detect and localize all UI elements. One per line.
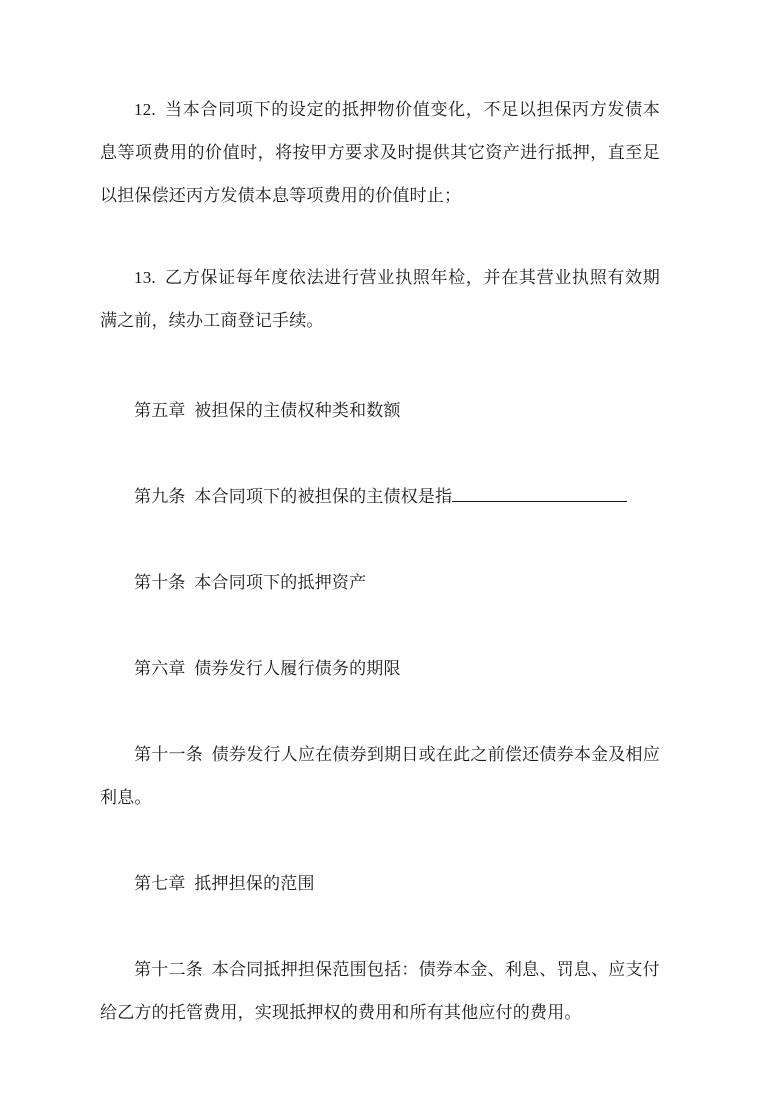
clause-item-12: 12. 当本合同项下的设定的抵押物价值变化，不足以担保丙方发债本息等项费用的价值… (100, 88, 660, 217)
chapter-7-heading: 第七章 抵押担保的范围 (100, 862, 660, 905)
chapter-6-heading: 第六章 债券发行人履行债务的期限 (100, 647, 660, 690)
clause-9: 第九条 本合同项下的被担保的主债权是指 (100, 475, 660, 518)
clause-10: 第十条 本合同项下的抵押资产 (100, 561, 660, 604)
clause-item-13: 13. 乙方保证每年度依法进行营业执照年检，并在其营业执照有效期满之前，续办工商… (100, 256, 660, 342)
contract-document: 12. 当本合同项下的设定的抵押物价值变化，不足以担保丙方发债本息等项费用的价值… (100, 88, 660, 1034)
fill-in-blank-line (452, 486, 627, 502)
chapter-5-heading: 第五章 被担保的主债权种类和数额 (100, 389, 660, 432)
clause-11: 第十一条 债券发行人应在债券到期日或在此之前偿还债券本金及相应利息。 (100, 733, 660, 819)
contract-page: 12. 当本合同项下的设定的抵押物价值变化，不足以担保丙方发债本息等项费用的价值… (0, 0, 774, 1095)
clause-12: 第十二条 本合同抵押担保范围包括：债券本金、利息、罚息、应支付给乙方的托管费用，… (100, 948, 660, 1034)
